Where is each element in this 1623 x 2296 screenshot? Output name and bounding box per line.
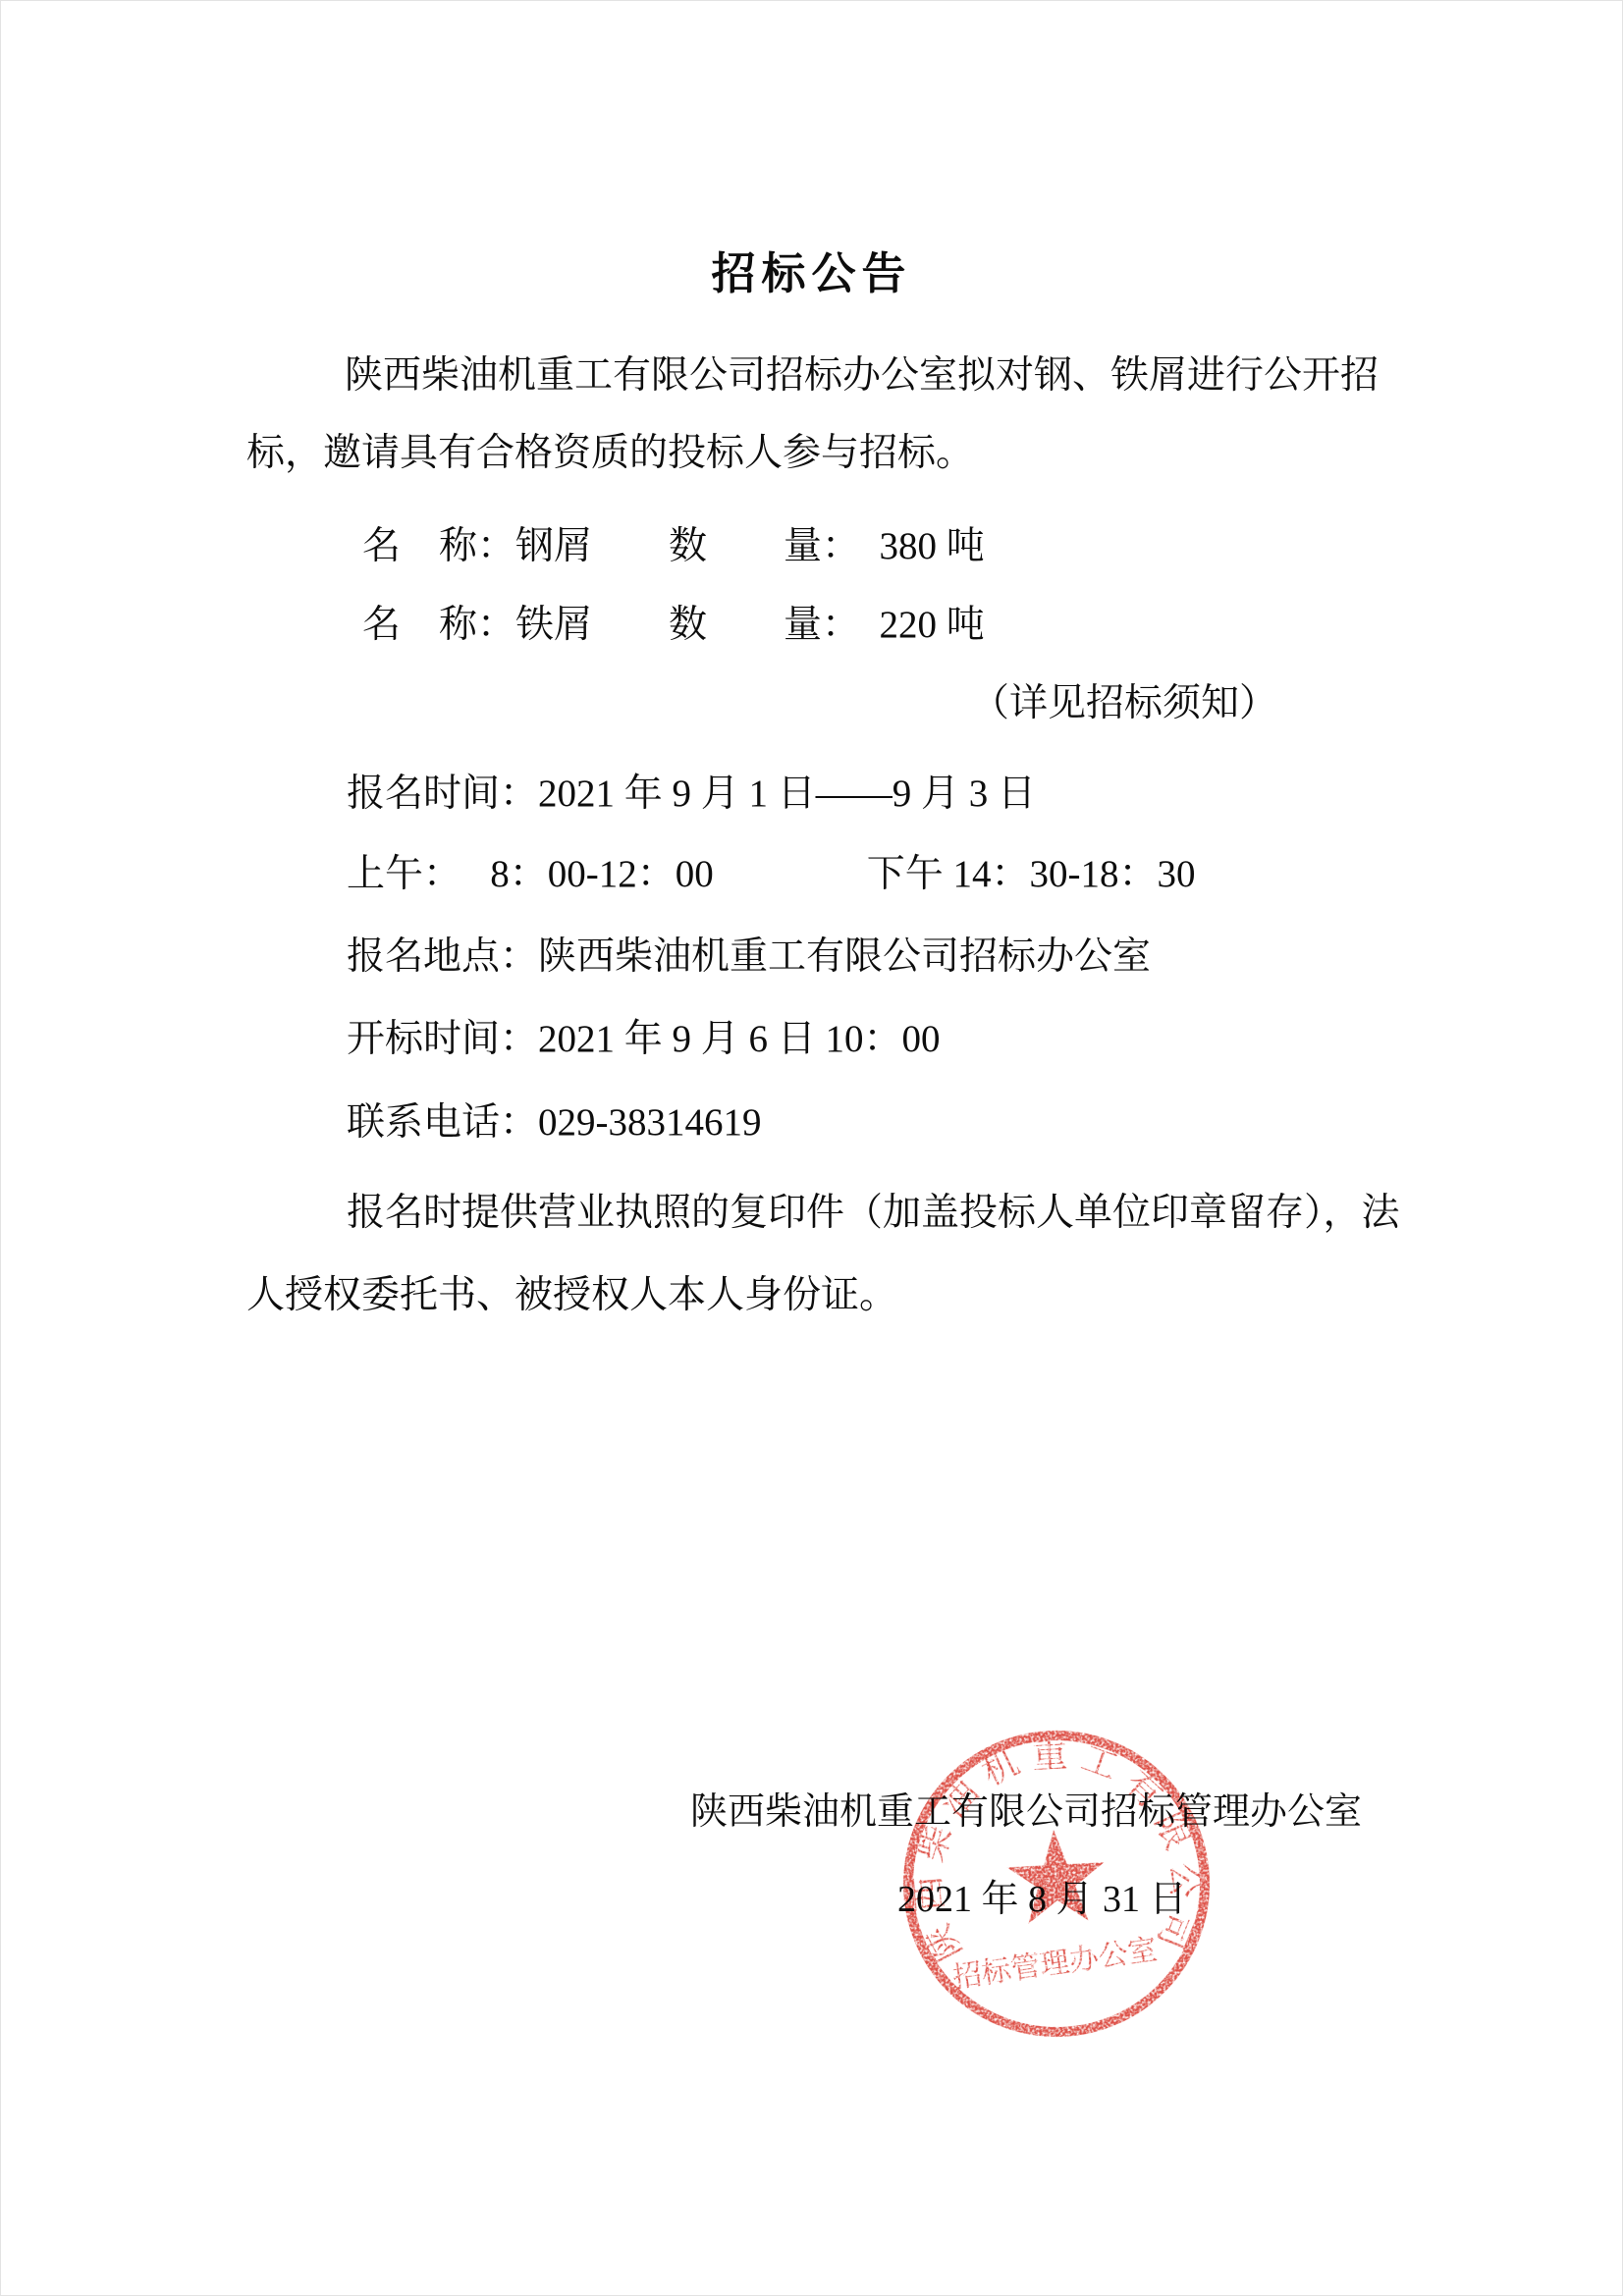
svg-text:公: 公 xyxy=(1164,1862,1205,1898)
registration-hours: 上午： 8：00-12：00 下午 14：30-18：30 xyxy=(347,849,1195,900)
svg-text:有: 有 xyxy=(1117,1763,1170,1816)
official-stamp-seal: 陕 西 柴 油 机 重 工 有 限 公 司 招标管理办公室 xyxy=(896,1726,1217,2042)
stamp-star-icon xyxy=(1005,1827,1108,1924)
document-page: 招标公告 陕西柴油机重工有限公司招标办公室拟对钢、铁屑进行公开招 标，邀请具有合… xyxy=(0,0,1623,2296)
bid-opening-time: 开标时间：2021 年 9 月 6 日 10：00 xyxy=(347,1014,941,1065)
paragraph1-line1: 陕西柴油机重工有限公司招标办公室拟对钢、铁屑进行公开招 xyxy=(345,350,1379,401)
svg-text:油: 油 xyxy=(934,1773,987,1825)
stamp-bottom-text: 招标管理办公室 xyxy=(950,1934,1160,1995)
contact-phone: 联系电话：029-38314619 xyxy=(347,1097,762,1148)
item-iron-quantity: 名 称：铁屑 数 量： 220 吨 xyxy=(362,600,985,651)
paragraph2-line1: 报名时提供营业执照的复印件（加盖投标人单位印章留存），法 xyxy=(347,1188,1400,1239)
svg-text:重: 重 xyxy=(1031,1735,1068,1776)
registration-time: 报名时间：2021 年 9 月 1 日——9 月 3 日 xyxy=(347,769,1036,820)
item-steel-quantity: 名 称：钢屑 数 量： 380 吨 xyxy=(362,521,985,572)
paragraph1-line2: 标，邀请具有合格资质的投标人参与招标。 xyxy=(246,428,974,479)
see-tender-notes: （详见招标须知） xyxy=(971,678,1277,729)
page-title: 招标公告 xyxy=(1,246,1622,301)
registration-location: 报名地点：陕西柴油机重工有限公司招标办公室 xyxy=(347,932,1151,983)
paragraph2-line2: 人授权委托书、被授权人本人身份证。 xyxy=(246,1270,897,1321)
svg-text:西: 西 xyxy=(908,1875,950,1913)
